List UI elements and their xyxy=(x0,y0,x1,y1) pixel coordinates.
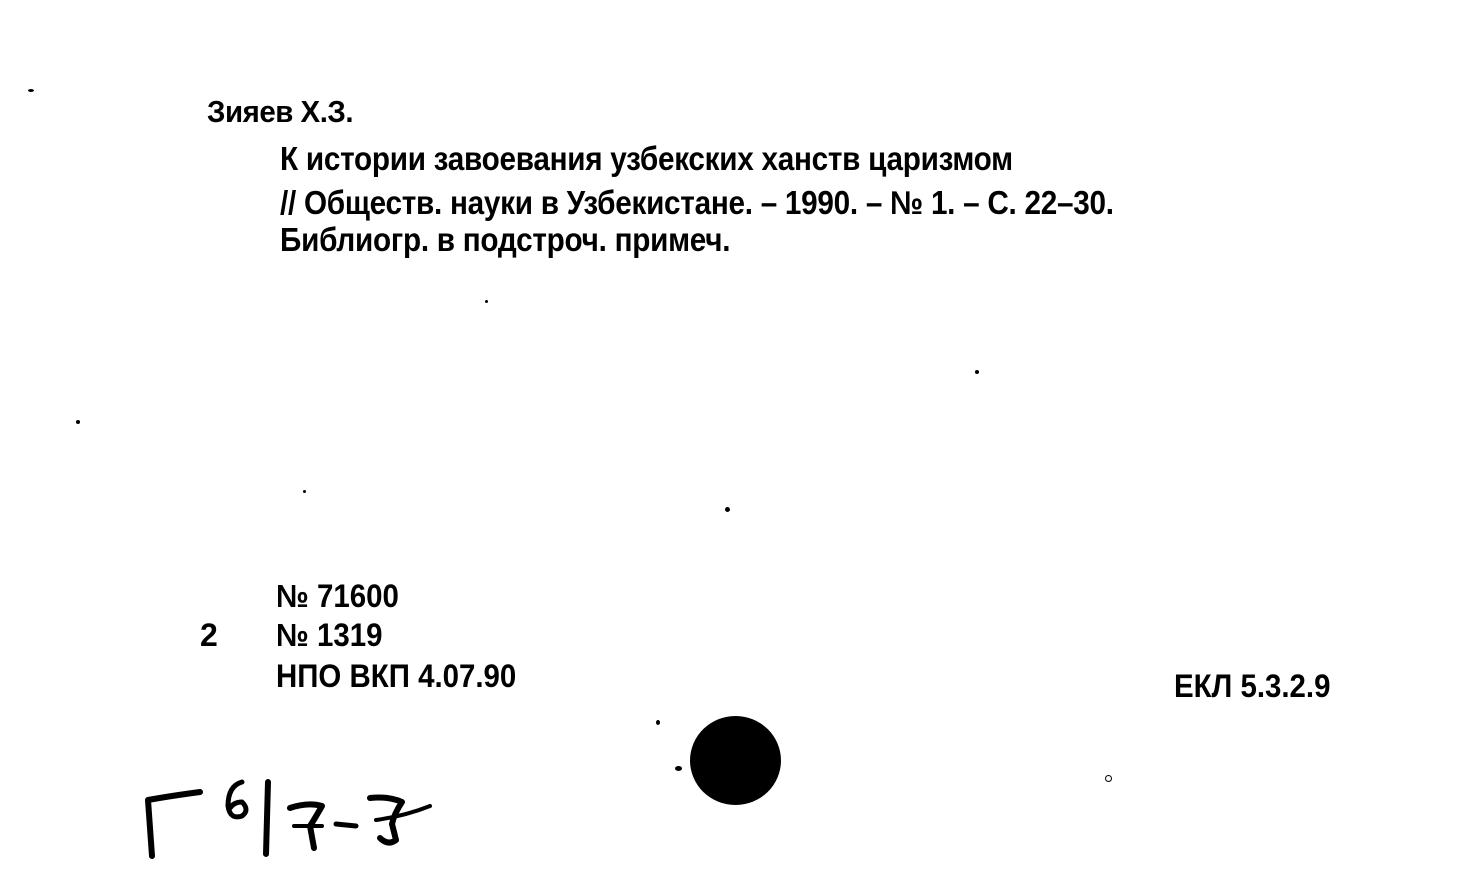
punch-hole xyxy=(690,716,781,805)
registry-stamp: НПО ВКП 4.07.90 xyxy=(276,658,516,695)
source-citation: // Обществ. науки в Узбекистане. – 1990.… xyxy=(280,184,1114,222)
handwriting-glyphs xyxy=(130,768,450,868)
scan-speck xyxy=(303,490,306,493)
handwritten-shelfmark xyxy=(130,768,450,873)
bibliography-note: Библиогр. в подстроч. примеч. xyxy=(280,221,730,259)
scan-speck xyxy=(485,300,488,303)
scan-speck xyxy=(675,766,682,771)
scan-speck xyxy=(76,420,80,424)
classification-code: ЕКЛ 5.3.2.9 xyxy=(1174,668,1330,705)
catalog-card: Зияев Х.З. К истории завоевания узбекски… xyxy=(0,0,1464,880)
scan-speck xyxy=(1105,775,1112,782)
scan-speck xyxy=(656,720,660,725)
scan-speck xyxy=(725,507,730,512)
scan-speck xyxy=(28,89,34,92)
copy-count: 2 xyxy=(200,617,218,654)
work-title: К истории завоевания узбекских ханств ца… xyxy=(280,140,1013,178)
author-heading: Зияев Х.З. xyxy=(207,94,353,130)
scan-speck xyxy=(975,370,979,374)
accession-number: № 71600 xyxy=(276,578,399,615)
card-number: № 1319 xyxy=(276,617,382,654)
